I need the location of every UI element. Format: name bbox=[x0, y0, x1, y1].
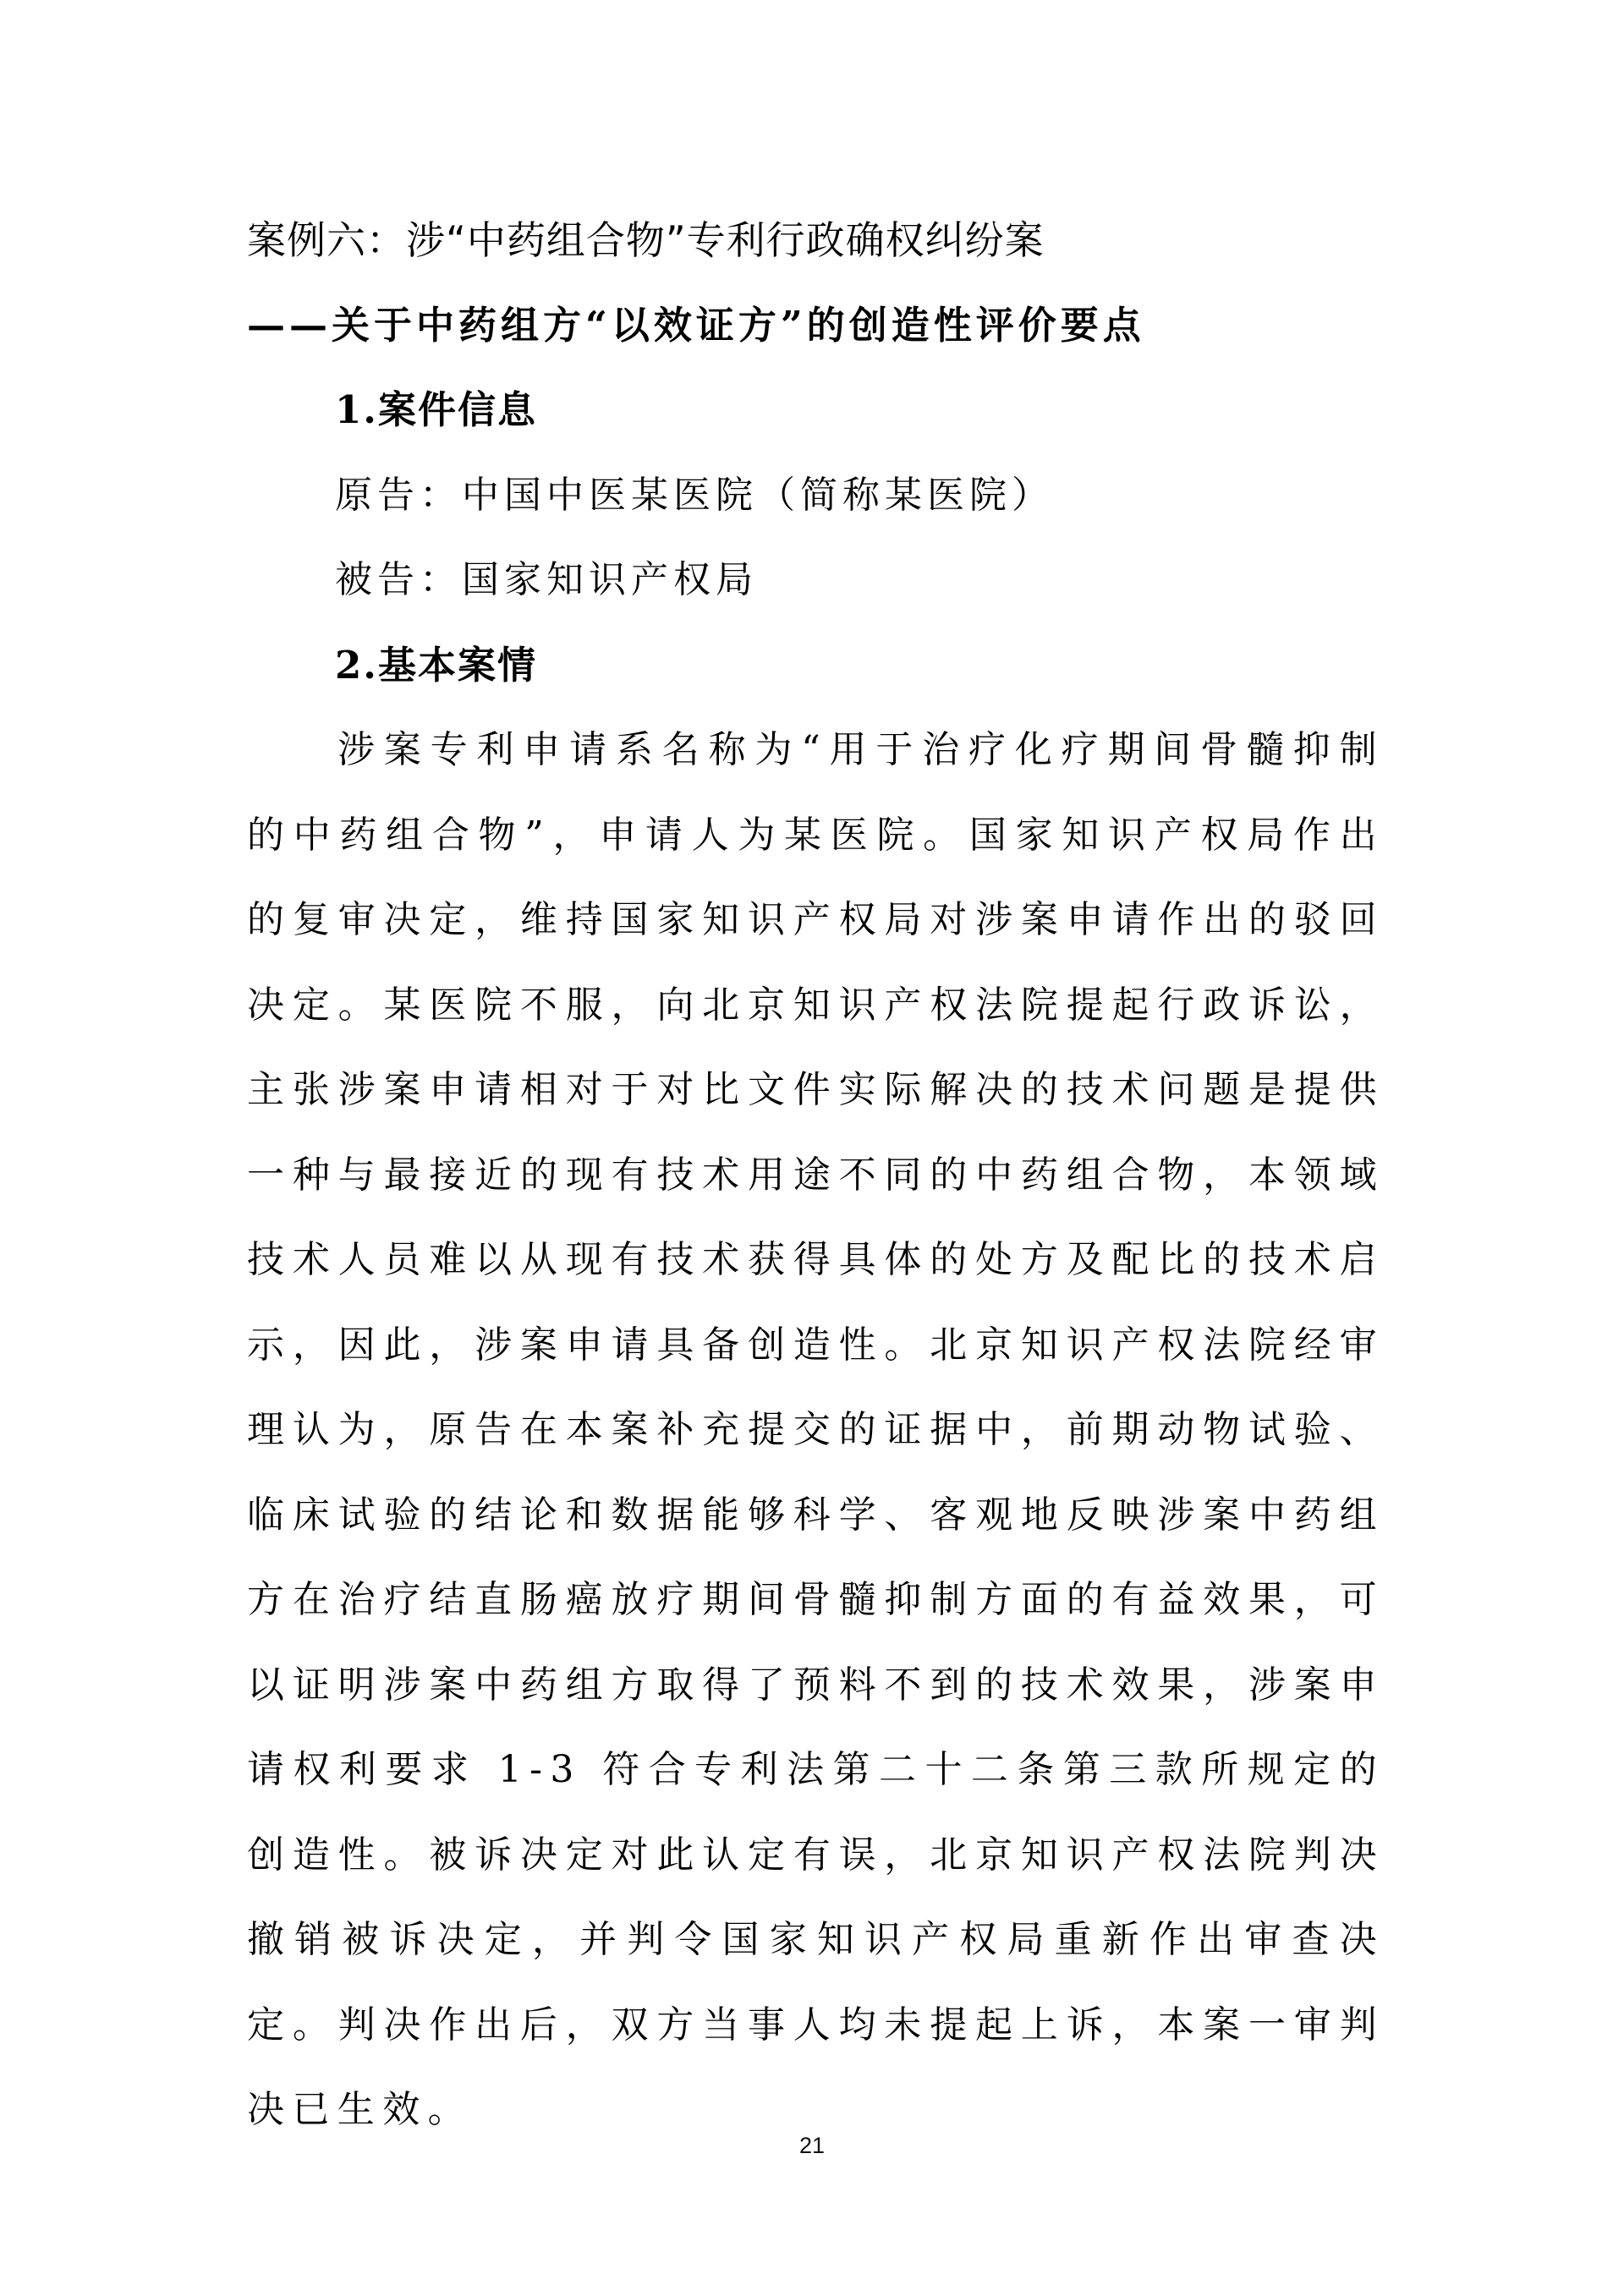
section-heading-basic-facts: 2.基本案情 bbox=[247, 623, 1380, 709]
page-number: 21 bbox=[0, 2133, 1624, 2159]
page-content: 案例六：涉“中药组合物”专利行政确权纠纷案 ——关于中药组方“以效证方”的创造性… bbox=[247, 198, 1380, 2153]
case-title: 案例六：涉“中药组合物”专利行政确权纠纷案 bbox=[247, 198, 1380, 283]
basic-facts-paragraph: 涉案专利申请系名称为“用于治疗化疗期间骨髓抑制的中药组合物”，申请人为某医院。国… bbox=[247, 708, 1385, 2153]
defendant-line: 被告：国家知识产权局 bbox=[247, 538, 1380, 623]
document-page: 案例六：涉“中药组合物”专利行政确权纠纷案 ——关于中药组方“以效证方”的创造性… bbox=[0, 0, 1624, 2296]
plaintiff-line: 原告：中国中医某医院（简称某医院） bbox=[247, 453, 1380, 539]
case-subtitle: ——关于中药组方“以效证方”的创造性评价要点 bbox=[247, 283, 1380, 369]
section-heading-case-info: 1.案件信息 bbox=[247, 368, 1380, 453]
